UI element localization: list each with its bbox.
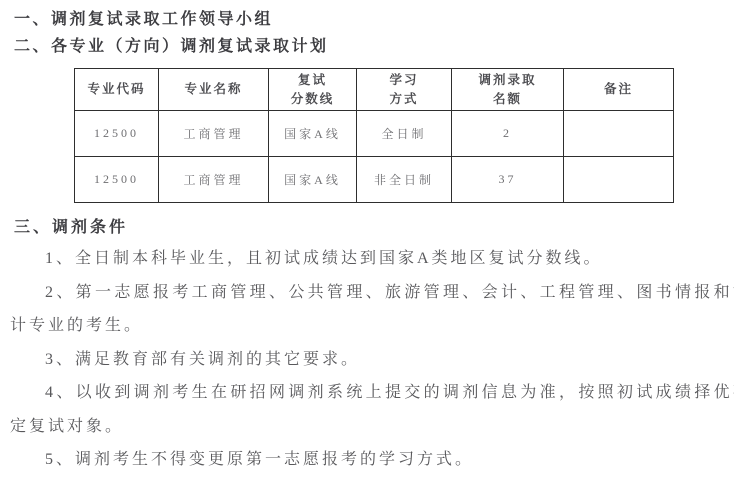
col-header-major-code: 专业代码 (75, 69, 159, 111)
cell-major-code: 12500 (75, 157, 159, 203)
section-title-leadership-group: 一、调剂复试录取工作领导小组 (14, 6, 273, 29)
condition-item-2: 2、第一志愿报考工商管理、公共管理、旅游管理、会计、工程管理、图书情报和审计专业… (10, 276, 734, 343)
condition-item-1: 1、全日制本科毕业生，且初试成绩达到国家A类地区复试分数线。 (10, 242, 734, 276)
cell-major-name: 工商管理 (159, 157, 269, 203)
cell-remarks (564, 157, 674, 203)
col-header-study-mode: 学习 方式 (357, 69, 452, 111)
section-title-transfer-conditions: 三、调剂条件 (14, 214, 128, 237)
condition-item-4: 4、以收到调剂考生在研招网调剂系统上提交的调剂信息为准，按照初试成绩择优确定复试… (10, 376, 734, 443)
conditions-list: 1、全日制本科毕业生，且初试成绩达到国家A类地区复试分数线。 2、第一志愿报考工… (10, 242, 734, 477)
cell-score-line: 国家A线 (269, 111, 357, 157)
admission-plan-table: 专业代码 专业名称 复试 分数线 学习 方式 调剂录取 名额 备注 12500 … (74, 68, 674, 203)
condition-item-3: 3、满足教育部有关调剂的其它要求。 (10, 343, 734, 377)
section-title-admission-plan: 二、各专业（方向）调剂复试录取计划 (14, 33, 329, 56)
cell-study-mode: 全日制 (357, 111, 452, 157)
cell-major-name: 工商管理 (159, 111, 269, 157)
col-header-major-name: 专业名称 (159, 69, 269, 111)
col-header-remarks: 备注 (564, 69, 674, 111)
cell-remarks (564, 111, 674, 157)
cell-major-code: 12500 (75, 111, 159, 157)
condition-item-5: 5、调剂考生不得变更原第一志愿报考的学习方式。 (10, 443, 734, 477)
col-header-quota: 调剂录取 名额 (452, 69, 564, 111)
table-header-row: 专业代码 专业名称 复试 分数线 学习 方式 调剂录取 名额 备注 (75, 69, 674, 111)
table-row: 12500 工商管理 国家A线 非全日制 37 (75, 157, 674, 203)
cell-study-mode: 非全日制 (357, 157, 452, 203)
cell-score-line: 国家A线 (269, 157, 357, 203)
table-row: 12500 工商管理 国家A线 全日制 2 (75, 111, 674, 157)
cell-quota: 37 (452, 157, 564, 203)
cell-quota: 2 (452, 111, 564, 157)
col-header-score-line: 复试 分数线 (269, 69, 357, 111)
